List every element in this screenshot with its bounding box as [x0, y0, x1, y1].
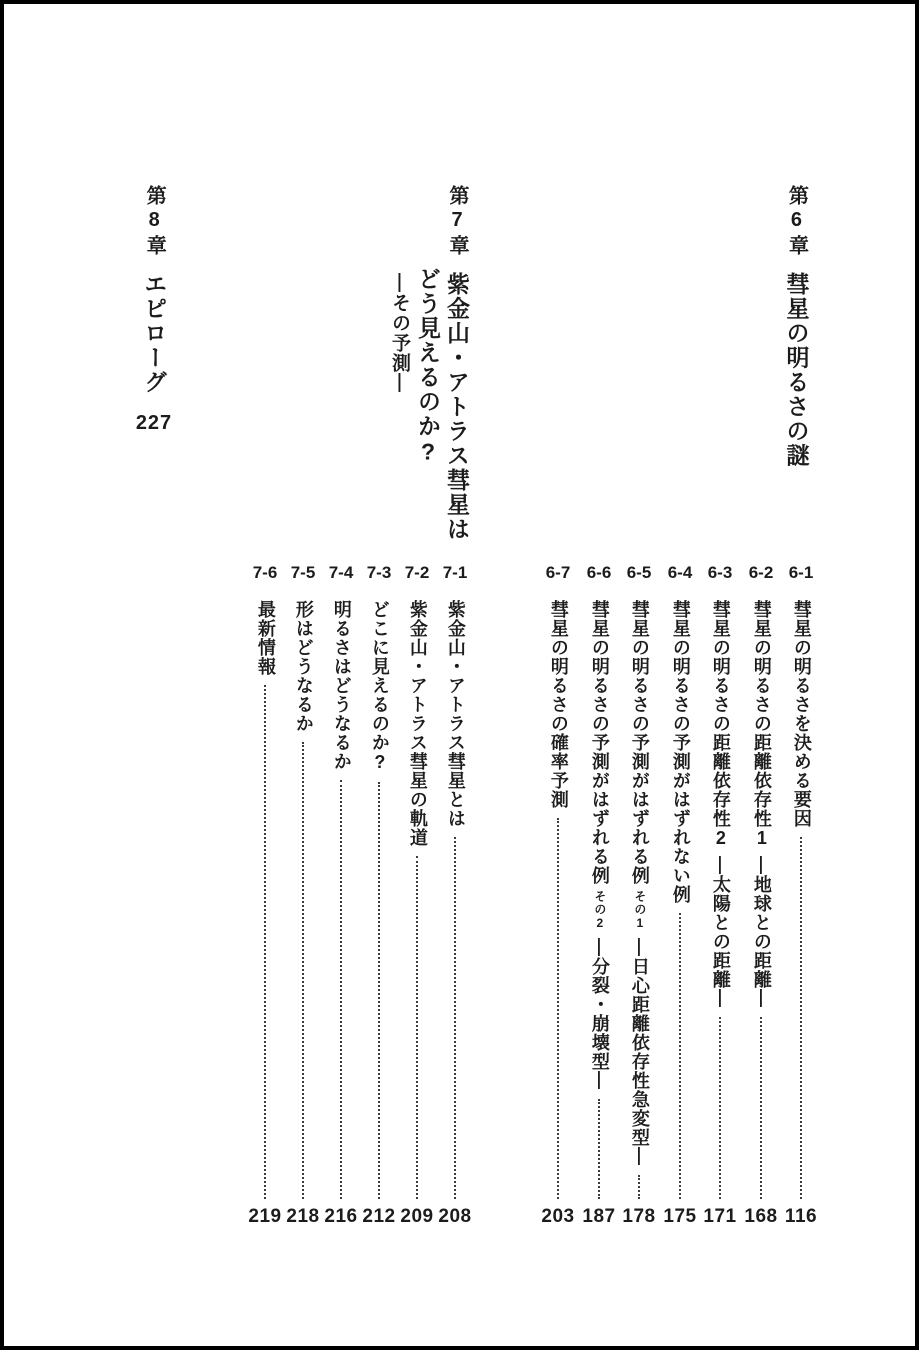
toc-page: 第6章彗星の明るさの謎 第7章紫金山・アトラス彗星は どう見えるのか? ―その予… [4, 4, 915, 1346]
section-page-number: 209 [400, 1206, 433, 1228]
dotted-leader [638, 1175, 640, 1199]
section-title-text: 形はどうなるか [294, 600, 314, 733]
dotted-leader [378, 782, 380, 1199]
section-page-number: 178 [622, 1206, 655, 1228]
toc-entry-7-1: 7-1 紫金山・アトラス彗星とは 208 [436, 562, 474, 1228]
section-title: 彗星の明るさを決める要因 [791, 600, 811, 828]
section-page-number: 219 [248, 1206, 281, 1228]
dotted-leader [416, 856, 418, 1199]
section-title: どこに見えるのか? [369, 600, 389, 773]
chapter-7-heading-line-1: 第7章紫金山・アトラス彗星は [442, 185, 472, 542]
section-number: 7-6 [253, 562, 278, 584]
section-title: 最新情報 [255, 600, 275, 676]
section-title-text: 彗星の明るさの距離依存性2 [711, 600, 731, 849]
dotted-leader [454, 837, 456, 1199]
section-number: 7-4 [329, 562, 354, 584]
section-page-number: 175 [663, 1206, 696, 1228]
section-title: 彗星の明るさの距離依存性1―地球との距離― [751, 600, 771, 1008]
dotted-leader [800, 837, 802, 1199]
section-title-text: 最新情報 [256, 600, 276, 676]
section-subtitle: ―太陽との距離― [711, 856, 731, 1008]
section-title-text: 彗星の明るさの予測がはずれる例 [630, 600, 650, 885]
section-page-number: 171 [703, 1206, 736, 1228]
chapter-7-number: 第7章 [446, 185, 468, 259]
section-title: 形はどうなるか [293, 600, 313, 733]
toc-entry-6-6: 6-6 彗星の明るさの予測がはずれる例その2―分裂・崩壊型― 187 [579, 562, 619, 1228]
section-page-number: 116 [785, 1206, 817, 1228]
section-title: 彗星の明るさの確率予測 [548, 600, 568, 809]
section-number: 6-3 [708, 562, 733, 584]
toc-entry-6-5: 6-5 彗星の明るさの予測がはずれる例その1―日心距離依存性急変型― 178 [619, 562, 659, 1228]
section-page-number: 168 [744, 1206, 777, 1228]
toc-entry-6-3: 6-3 彗星の明るさの距離依存性2―太陽との距離― 171 [700, 562, 740, 1228]
section-title-text: 彗星の明るさの予測がはずれる例 [590, 600, 610, 885]
toc-entry-7-3: 7-3 どこに見えるのか? 212 [360, 562, 398, 1228]
section-note: その1 [633, 890, 647, 931]
section-title-text: 彗星の明るさの予測がはずれない例 [671, 600, 691, 904]
section-page-number: 212 [362, 1206, 395, 1228]
section-title: 紫金山・アトラス彗星とは [445, 600, 465, 828]
chapter-7-title-line-1: 紫金山・アトラス彗星は [444, 272, 470, 542]
section-page-number: 203 [541, 1206, 574, 1228]
chapter-8-heading-column: 第8章エピローグ [141, 185, 167, 395]
chapter-8-number: 第8章 [143, 185, 165, 259]
section-title-text: 彗星の明るさの確率予測 [549, 600, 569, 809]
toc-entry-7-2: 7-2 紫金山・アトラス彗星の軌道 209 [398, 562, 436, 1228]
section-number: 6-6 [587, 562, 612, 584]
section-title-text: どこに見えるのか? [370, 600, 390, 773]
section-number: 6-1 [789, 562, 814, 584]
chapter-8-page-number: 227 [136, 412, 172, 435]
dotted-leader [557, 818, 559, 1199]
toc-entry-7-6: 7-6 最新情報 219 [246, 562, 284, 1228]
section-subtitle: ―分裂・崩壊型― [590, 938, 610, 1090]
section-title-text: 紫金山・アトラス彗星の軌道 [408, 600, 428, 847]
section-number: 7-1 [443, 562, 468, 584]
toc-entry-6-7: 6-7 彗星の明るさの確率予測 203 [538, 562, 578, 1228]
section-title: 彗星の明るさの予測がはずれる例その1―日心距離依存性急変型― [629, 600, 649, 1166]
section-note: その2 [593, 890, 607, 931]
section-subtitle: ―日心距離依存性急変型― [630, 938, 650, 1166]
page-frame: 第6章彗星の明るさの謎 第7章紫金山・アトラス彗星は どう見えるのか? ―その予… [0, 0, 919, 1350]
section-title-text: 明るさはどうなるか [332, 600, 352, 771]
dotted-leader [719, 1017, 721, 1199]
section-title: 紫金山・アトラス彗星の軌道 [407, 600, 427, 847]
section-number: 7-5 [291, 562, 316, 584]
dotted-leader [302, 742, 304, 1199]
chapter-6-heading: 第6章彗星の明るさの謎 [783, 185, 809, 468]
section-title: 彗星の明るさの予測がはずれる例その2―分裂・崩壊型― [589, 600, 609, 1090]
section-title: 彗星の明るさの予測がはずれない例 [670, 600, 690, 904]
section-subtitle: ―地球との距離― [752, 856, 772, 1008]
section-number: 6-7 [546, 562, 571, 584]
chapter-7-subtitle: ―その予測― [386, 273, 413, 542]
toc-entry-6-4: 6-4 彗星の明るさの予測がはずれない例 175 [660, 562, 700, 1228]
section-number: 7-3 [367, 562, 392, 584]
chapter-8-heading: 第8章エピローグ 227 [134, 185, 174, 435]
section-title-text: 彗星の明るさの距離依存性1 [752, 600, 772, 849]
section-page-number: 218 [286, 1206, 319, 1228]
chapter-6-number: 第6章 [785, 185, 807, 259]
section-title-text: 紫金山・アトラス彗星とは [446, 600, 466, 828]
chapter-7-title-line-2: どう見えるのか? [413, 267, 442, 542]
chapter-6-title: 彗星の明るさの謎 [783, 272, 809, 468]
dotted-leader [679, 913, 681, 1199]
dotted-leader [760, 1017, 762, 1199]
section-number: 7-2 [405, 562, 430, 584]
section-number: 6-2 [749, 562, 774, 584]
section-number: 6-4 [668, 562, 693, 584]
section-number: 6-5 [627, 562, 652, 584]
toc-entry-6-1: 6-1 彗星の明るさを決める要因 116 [781, 562, 821, 1228]
toc-entry-6-2: 6-2 彗星の明るさの距離依存性1―地球との距離― 168 [741, 562, 781, 1228]
chapter-7-heading: 第7章紫金山・アトラス彗星は どう見えるのか? ―その予測― [386, 185, 472, 542]
dotted-leader [340, 780, 342, 1199]
toc-entry-7-5: 7-5 形はどうなるか 218 [284, 562, 322, 1228]
section-page-number: 208 [438, 1206, 471, 1228]
chapter-8-title: エピローグ [141, 272, 167, 395]
section-page-number: 216 [324, 1206, 357, 1228]
toc-entry-7-4: 7-4 明るさはどうなるか 216 [322, 562, 360, 1228]
dotted-leader [598, 1099, 600, 1199]
section-title: 彗星の明るさの距離依存性2―太陽との距離― [710, 600, 730, 1008]
section-title-text: 彗星の明るさを決める要因 [792, 600, 812, 828]
dotted-leader [264, 685, 266, 1199]
section-page-number: 187 [582, 1206, 615, 1228]
section-title: 明るさはどうなるか [331, 600, 351, 771]
